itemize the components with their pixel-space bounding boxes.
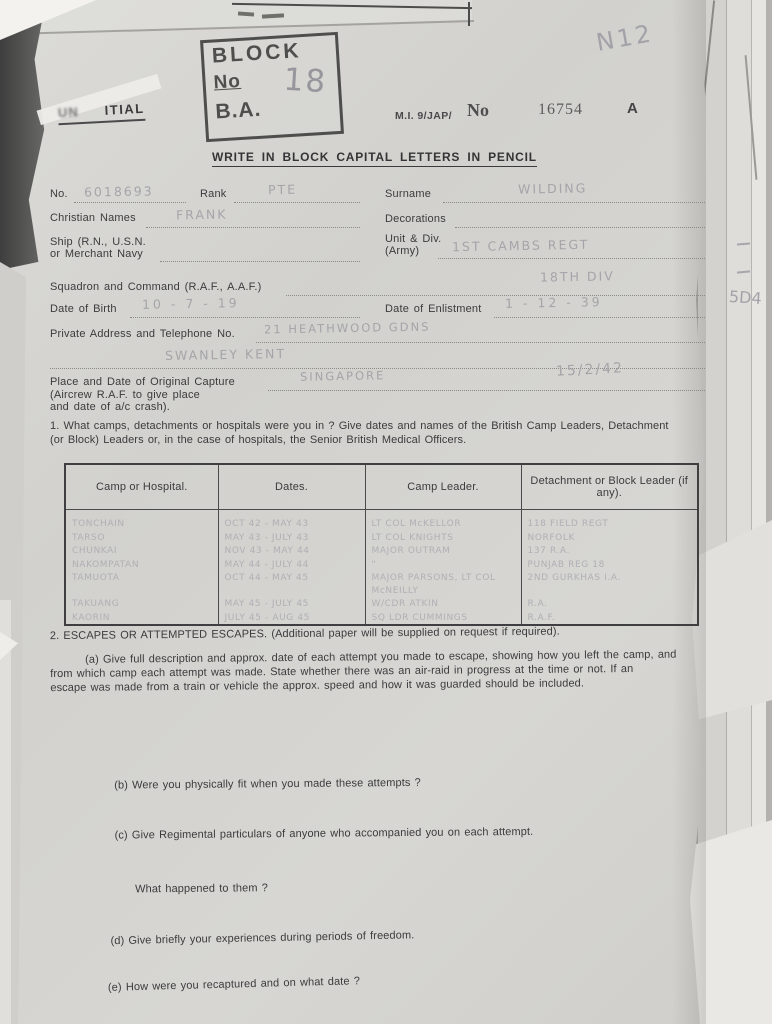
question2b: (b) Were you physically fit when you mad… — [114, 777, 421, 792]
question2c-followup: What happened to them ? — [135, 882, 268, 895]
question2d: (d) Give briefly your experiences during… — [110, 929, 414, 947]
question2e: (e) How were you recaptured and on what … — [108, 975, 360, 994]
question2-section: 2. ESCAPES OR ATTEMPTED ESCAPES. (Additi… — [0, 0, 772, 1024]
question2a-line3: escape was made from a train or vehicle … — [50, 677, 584, 694]
scanned-document: N12 BLOCK No B.A. 18 UNITIAL M.I. 9/JAP/… — [0, 0, 772, 1024]
question2c: (c) Give Regimental particulars of anyon… — [115, 826, 534, 842]
question2-heading: 2. ESCAPES OR ATTEMPTED ESCAPES. (Additi… — [50, 626, 560, 642]
